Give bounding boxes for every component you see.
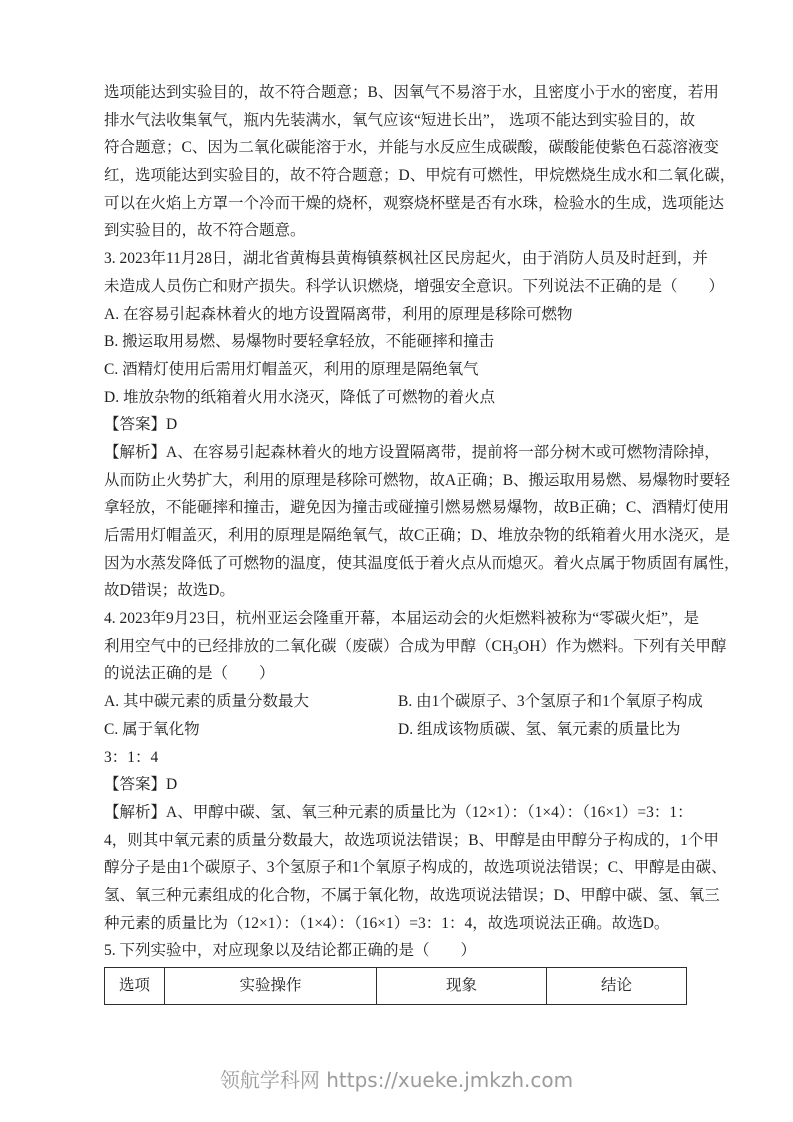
question-4-stem-text: 利用空气中的已经排放的二氧化碳（废碳）合成为甲醇（CH — [104, 638, 513, 655]
question-3-explanation-line: 故D错误；故选D。 — [104, 577, 686, 605]
question-4-explanation-line: 4，则其中氧元素的质量分数最大，故选项说法错误；B、甲醇是由甲醇分子构成的，1个… — [104, 827, 686, 855]
question-4-explanation-line: 氢、氧三种元素组成的化合物，不属于氧化物，故选项说法错误；D、甲醇中碳、氢、氧三 — [104, 882, 686, 910]
question-4-stem-line: 利用空气中的已经排放的二氧化碳（废碳）合成为甲醇（CH3OH）作为燃料。下列有关… — [104, 633, 686, 661]
q2-explanation-line: 可以在火焰上方罩一个冷而干燥的烧杯，观察烧杯壁是否有水珠，检验水的生成，选项能达 — [104, 190, 686, 218]
question-4-option-a: A. 其中碳元素的质量分数最大 — [104, 688, 398, 716]
document-content: 选项能达到实验目的，故不符合题意；B、因氧气不易溶于水，且密度小于水的密度，若用… — [104, 79, 686, 1005]
document-page: 选项能达到实验目的，故不符合题意；B、因氧气不易溶于水，且密度小于水的密度，若用… — [0, 0, 793, 1122]
question-4-options-row: A. 其中碳元素的质量分数最大 B. 由1个碳原子、3个氢原子和1个氧原子构成 — [104, 688, 686, 716]
site-watermark: 领航学科网 https://xueke.jmkzh.com — [0, 1064, 793, 1093]
q2-explanation-line: 排水气法收集氧气，瓶内先装满水，氧气应该“短进长出”， 选项不能达到实验目的，故 — [104, 107, 686, 135]
question-4-stem-line: 4. 2023年9月23日，杭州亚运会隆重开幕，本届运动会的火炬燃料被称为“零碳… — [104, 605, 686, 633]
table-header-option: 选项 — [105, 968, 165, 1005]
question-3-stem-line: 未造成人员伤亡和财产损失。科学认识燃烧，增强安全意识。下列说法不正确的是（ ） — [104, 273, 686, 301]
q2-explanation-line: 到实验目的，故不符合题意。 — [104, 217, 686, 245]
question-4-option-d: D. 组成该物质碳、氢、氧元素的质量比为 — [398, 716, 686, 744]
question-3-option-d: D. 堆放杂物的纸箱着火用水浇灭，降低了可燃物的着火点 — [104, 384, 686, 412]
q2-explanation-line: 红，选项能达到实验目的，故不符合题意；D、甲烷有可燃性，甲烷燃烧生成水和二氧化碳… — [104, 162, 686, 190]
q2-explanation-line: 符合题意；C、因为二氧化碳能溶于水，并能与水反应生成碳酸，碳酸能使紫色石蕊溶液变 — [104, 134, 686, 162]
question-3-explanation-line: 因为水蒸发降低了可燃物的温度，使其温度低于着火点从而熄灭。着火点属于物质固有属性… — [104, 550, 686, 578]
question-3-option-c: C. 酒精灯使用后需用灯帽盖灭，利用的原理是隔绝氧气 — [104, 356, 686, 384]
question-4-option-c: C. 属于氧化物 — [104, 716, 398, 744]
question-3-explanation-line: 从而防止火势扩大，利用的原理是移除可燃物，故A正确；B、搬运取用易燃、易爆物时要… — [104, 467, 686, 495]
question-4-answer: 【答案】D — [104, 771, 686, 799]
question-3-explanation-line: 后需用灯帽盖灭，利用的原理是隔绝氧气，故C正确；D、堆放杂物的纸箱着火用水浇灭，… — [104, 522, 686, 550]
q2-explanation-line: 选项能达到实验目的，故不符合题意；B、因氧气不易溶于水，且密度小于水的密度，若用 — [104, 79, 686, 107]
question-4-explanation-line: 【解析】A、甲醇中碳、氢、氧三种元素的质量比为（12×1）：（1×4）：（16×… — [104, 799, 686, 827]
question-4-option-b: B. 由1个碳原子、3个氢原子和1个氧原子构成 — [398, 688, 703, 716]
table-header-row: 选项 实验操作 现象 结论 — [105, 968, 687, 1005]
question-4-stem-line: 的说法正确的是（ ） — [104, 660, 686, 688]
question-4-stem-text: OH）作为燃料。下列有关甲醇 — [518, 638, 726, 655]
table-header-experiment-operation: 实验操作 — [165, 968, 377, 1005]
question-5-stem: 5. 下列实验中，对应现象以及结论都正确的是（ ） — [104, 937, 686, 965]
question-4-options-row: C. 属于氧化物 D. 组成该物质碳、氢、氧元素的质量比为 — [104, 716, 686, 744]
question-4-explanation-line: 种元素的质量比为（12×1）：（1×4）：（16×1）=3：1：4，故选项说法正… — [104, 910, 686, 938]
question-3-answer: 【答案】D — [104, 411, 686, 439]
question-5-table: 选项 实验操作 现象 结论 — [104, 967, 687, 1005]
question-4-explanation-line: 醇分子是由1个碳原子、3个氢原子和1个氧原子构成的，故选项说法错误；C、甲醇是由… — [104, 854, 686, 882]
question-3-option-b: B. 搬运取用易燃、易爆物时要轻拿轻放，不能砸摔和撞击 — [104, 328, 686, 356]
question-3-explanation-line: 拿轻放，不能砸摔和撞击，避免因为撞击或碰撞引燃易燃易爆物，故B正确；C、酒精灯使… — [104, 494, 686, 522]
table-header-phenomenon: 现象 — [377, 968, 547, 1005]
question-3-explanation-line: 【解析】A、在容易引起森林着火的地方设置隔离带，提前将一部分树木或可燃物清除掉， — [104, 439, 686, 467]
table-header-conclusion: 结论 — [547, 968, 687, 1005]
question-3-option-a: A. 在容易引起森林着火的地方设置隔离带，利用的原理是移除可燃物 — [104, 301, 686, 329]
question-4-option-d-continued: 3：1：4 — [104, 744, 686, 772]
question-3-stem-line: 3. 2023年11月28日，湖北省黄梅县黄梅镇蔡枫社区民房起火，由于消防人员及… — [104, 245, 686, 273]
